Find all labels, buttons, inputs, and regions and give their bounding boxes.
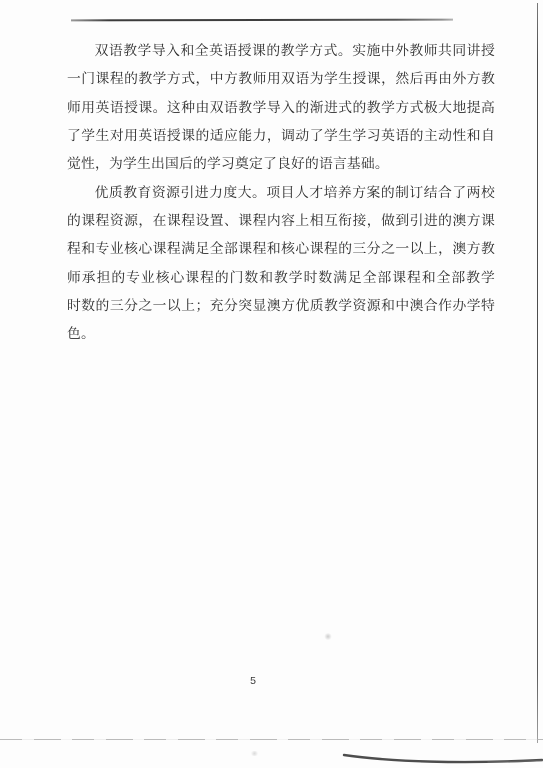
scan-corner-mark	[338, 748, 543, 768]
page-number: 5	[245, 674, 261, 688]
scanned-document-page: 双语教学导入和全英语授课的教学方式。实施中外教师共同讲授 一门课程的教学方式，中…	[0, 0, 543, 768]
text-line: 双语教学导入和全英语授课的教学方式。实施中外教师共同讲授	[67, 37, 495, 65]
text-line: 师用英语授课。这种由双语教学导入的渐进式的教学方式极大地提高	[67, 94, 495, 122]
text-line: 师承担的专业核心课程的门数和教学时数满足全部课程和全部教学	[67, 264, 495, 292]
paragraph: 双语教学导入和全英语授课的教学方式。实施中外教师共同讲授 一门课程的教学方式，中…	[67, 37, 495, 179]
text-line: 的课程资源，在课程设置、课程内容上相互衔接，做到引进的澳方课	[67, 207, 495, 235]
text-line: 觉性，为学生出国后的学习奠定了良好的语言基础。	[67, 150, 495, 178]
text-line: 优质教育资源引进力度大。项目人才培养方案的制订结合了两校	[67, 179, 495, 207]
page-edge-scan-line	[537, 3, 538, 743]
document-body: 双语教学导入和全英语授课的教学方式。实施中外教师共同讲授 一门课程的教学方式，中…	[67, 37, 495, 349]
text-line: 了学生对用英语授课的适应能力，调动了学生学习英语的主动性和自	[67, 122, 495, 150]
text-line: 色。	[67, 320, 495, 348]
text-line: 一门课程的教学方式，中方教师用双语为学生授课，然后再由外方教	[67, 65, 495, 93]
text-line: 程和专业核心课程满足全部课程和核心课程的三分之一以上，澳方教	[67, 235, 495, 263]
footer-rule	[0, 739, 543, 740]
paragraph: 优质教育资源引进力度大。项目人才培养方案的制订结合了两校 的课程资源，在课程设置…	[67, 179, 495, 349]
scan-speck	[250, 751, 259, 756]
top-rule	[71, 19, 453, 22]
text-line: 时数的三分之一以上；充分突显澳方优质教学资源和中澳合作办学特	[67, 292, 495, 320]
scan-speck	[324, 633, 332, 640]
